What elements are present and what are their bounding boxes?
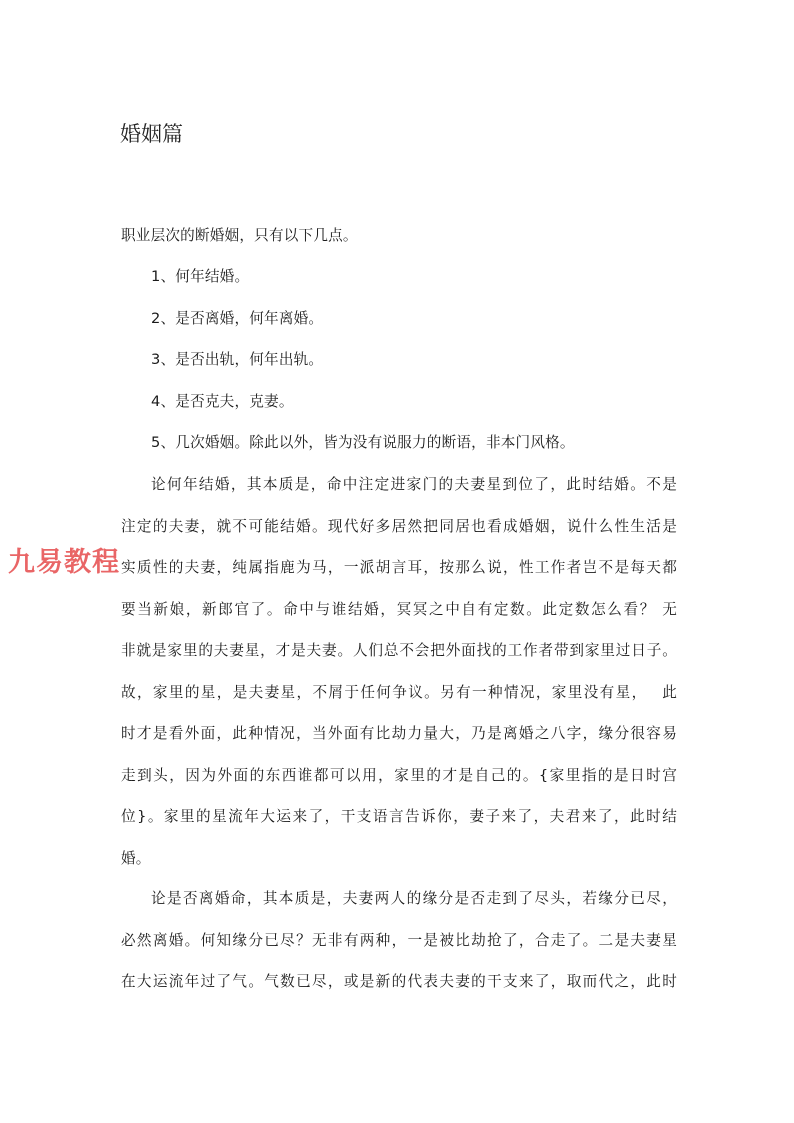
paragraph-line: 注定的夫妻，就不可能结婚。现代好多居然把同居也看成婚姻，说什么性生活是 (121, 506, 677, 548)
list-item: 5、几次婚姻。除此以外，皆为没有说服力的断语，非本门风格。 (121, 422, 677, 464)
question-list: 1、何年结婚。 2、是否离婚，何年离婚。 3、是否出轨，何年出轨。 4、是否克夫… (121, 256, 677, 464)
paragraph-line: 婚。 (121, 838, 677, 880)
paragraph-line: 论何年结婚，其本质是，命中注定进家门的夫妻星到位了，此时结婚。不是 (121, 464, 677, 506)
watermark-logo: 九易教程 (8, 546, 120, 580)
paragraph-divorce: 论是否离婚命，其本质是，夫妻两人的缘分是否走到了尽头，若缘分已尽， 必然离婚。何… (121, 878, 677, 1003)
list-item: 1、何年结婚。 (121, 256, 677, 298)
paragraph-line: 实质性的夫妻，纯属指鹿为马，一派胡言耳，按那么说，性工作者岂不是每天都 (121, 547, 677, 589)
document-page: 婚姻篇 职业层次的断婚姻，只有以下几点。 1、何年结婚。 2、是否离婚，何年离婚… (0, 0, 794, 1123)
paragraph-line: 故，家里的星，是夫妻星，不屑于任何争议。另有一种情况，家里没有星， 此 (121, 672, 677, 714)
paragraph-line: 要当新娘，新郎官了。命中与谁结婚，冥冥之中自有定数。此定数怎么看？ 无 (121, 589, 677, 631)
list-item: 4、是否克夫，克妻。 (121, 381, 677, 423)
paragraph-line: 位}。家里的星流年大运来了，干支语言告诉你，妻子来了，夫君来了，此时结 (121, 796, 677, 838)
document-title: 婚姻篇 (120, 119, 183, 149)
intro-text: 职业层次的断婚姻，只有以下几点。 (121, 215, 677, 257)
list-item: 3、是否出轨，何年出轨。 (121, 339, 677, 381)
paragraph-line: 时才是看外面，此种情况，当外面有比劫力量大，乃是离婚之八字，缘分很容易 (121, 713, 677, 755)
paragraph-line: 在大运流年过了气。气数已尽，或是新的代表夫妻的干支来了，取而代之，此时 (121, 961, 677, 1003)
paragraph-line: 论是否离婚命，其本质是，夫妻两人的缘分是否走到了尽头，若缘分已尽， (121, 878, 677, 920)
paragraph-line: 必然离婚。何知缘分已尽？无非有两种，一是被比劫抢了，合走了。二是夫妻星 (121, 920, 677, 962)
paragraph-line: 走到头，因为外面的东西谁都可以用，家里的才是自己的。{家里指的是日时宫 (121, 755, 677, 797)
list-item: 2、是否离婚，何年离婚。 (121, 298, 677, 340)
paragraph-line: 非就是家里的夫妻星，才是夫妻。人们总不会把外面找的工作者带到家里过日子。 (121, 630, 677, 672)
paragraph-marriage-timing: 论何年结婚，其本质是，命中注定进家门的夫妻星到位了，此时结婚。不是 注定的夫妻，… (121, 464, 677, 879)
